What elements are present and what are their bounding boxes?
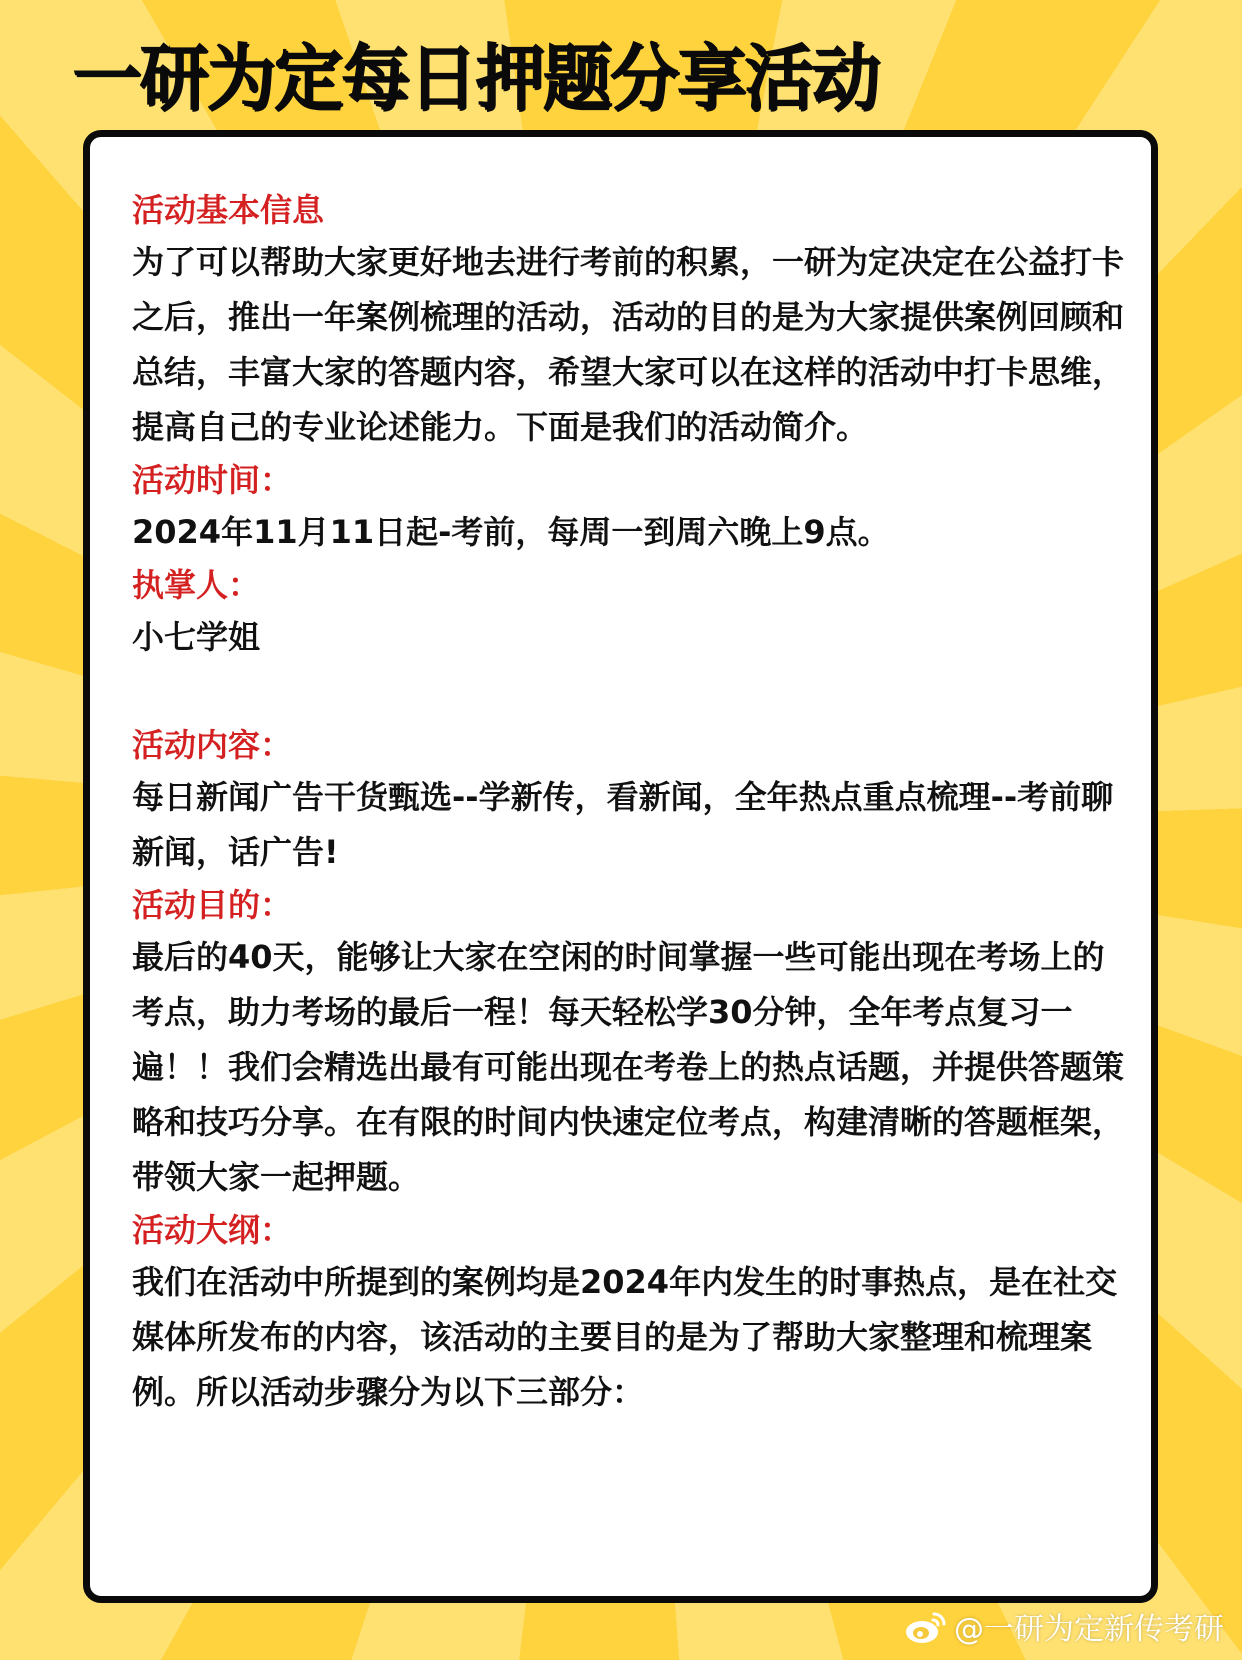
section-body-outline: 我们在活动中所提到的案例均是2024年内发生的时事热点，是在社交媒体所发布的内容… — [132, 1255, 1132, 1420]
section-body-content: 每日新闻广告干货甄选--学新传，看新闻，全年热点重点梳理--考前聊新闻，话广告! — [132, 770, 1132, 880]
section-body-host: 小七学姐 — [132, 610, 1132, 665]
spacer — [132, 665, 1132, 720]
info-card: 活动基本信息 为了可以帮助大家更好地去进行考前的积累，一研为定决定在公益打卡之后… — [83, 130, 1158, 1603]
section-heading-time: 活动时间： — [132, 455, 1132, 505]
section-heading-outline: 活动大纲： — [132, 1205, 1132, 1255]
section-body-purpose: 最后的40天，能够让大家在空闲的时间掌握一些可能出现在考场上的考点，助力考场的最… — [132, 930, 1132, 1205]
section-body-basic-info: 为了可以帮助大家更好地去进行考前的积累，一研为定决定在公益打卡之后，推出一年案例… — [132, 235, 1132, 455]
page-title: 一研为定每日押题分享活动 — [72, 28, 878, 128]
watermark-text: @一研为定新传考研 — [954, 1604, 1224, 1648]
section-heading-basic-info: 活动基本信息 — [132, 185, 1132, 235]
watermark: @一研为定新传考研 — [904, 1604, 1224, 1648]
section-body-time: 2024年11月11日起-考前，每周一到周六晚上9点。 — [132, 505, 1132, 560]
section-heading-purpose: 活动目的： — [132, 880, 1132, 930]
weibo-icon — [904, 1608, 948, 1644]
card-content: 活动基本信息 为了可以帮助大家更好地去进行考前的积累，一研为定决定在公益打卡之后… — [132, 185, 1132, 1420]
section-heading-host: 执掌人： — [132, 560, 1132, 610]
section-heading-content: 活动内容： — [132, 720, 1132, 770]
